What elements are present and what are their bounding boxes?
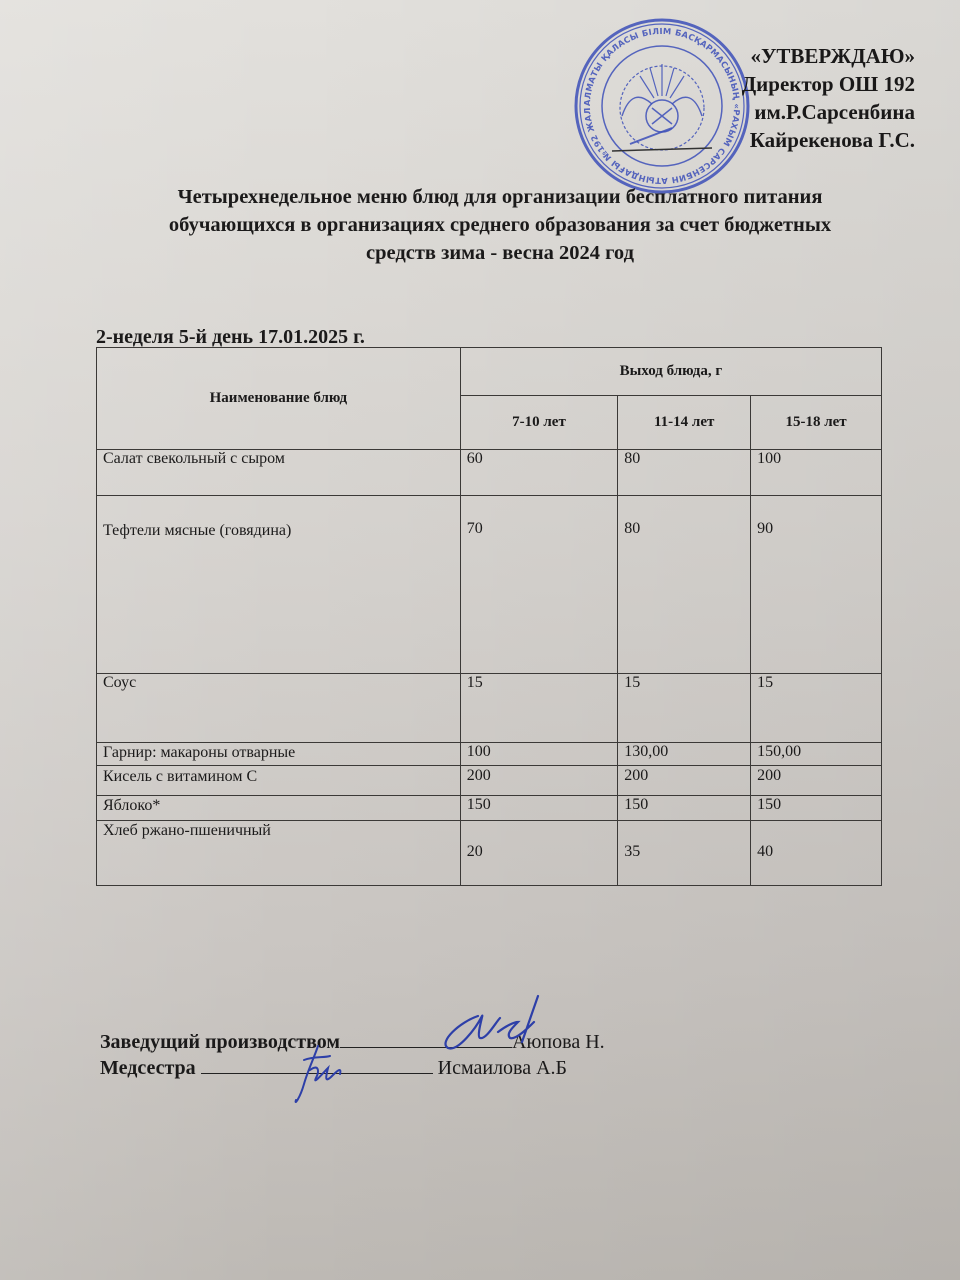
header-age-15-18: 15-18 лет	[751, 396, 882, 450]
table-row: Салат свекольный с сыром 60 80 100	[97, 450, 882, 496]
yield-7-10: 15	[460, 674, 617, 743]
yield-7-10: 70	[460, 496, 617, 674]
dish-name: Хлеб ржано-пшеничный	[97, 821, 461, 886]
yield-11-14: 15	[618, 674, 751, 743]
signature-line	[340, 1029, 512, 1048]
approval-director-name: Кайрекенова Г.С.	[742, 126, 915, 154]
yield-15-18: 15	[751, 674, 882, 743]
approval-school: им.Р.Сарсенбина	[742, 98, 915, 126]
yield-15-18: 90	[751, 496, 882, 674]
yield-15-18: 150,00	[751, 743, 882, 766]
yield-7-10: 60	[460, 450, 617, 496]
document-title: Четырехнедельное меню блюд для организац…	[90, 183, 910, 267]
table-row: Кисель с витамином С 200 200 200	[97, 766, 882, 796]
approval-position: Директор ОШ 192	[742, 70, 915, 98]
dish-name: Салат свекольный с сыром	[97, 450, 461, 496]
official-stamp-icon: АЛМАТЫ ҚАЛАСЫ БІЛІМ БАСҚАРМАСЫНЫҢ «РАХЫМ…	[572, 16, 752, 196]
production-manager-name: Аюпова Н.	[512, 1031, 605, 1053]
yield-7-10: 20	[460, 821, 617, 886]
approval-block: «УТВЕРЖДАЮ» Директор ОШ 192 им.Р.Сарсенб…	[742, 42, 915, 154]
yield-11-14: 80	[618, 496, 751, 674]
header-age-7-10: 7-10 лет	[460, 396, 617, 450]
title-line-1: Четырехнедельное меню блюд для организац…	[90, 183, 910, 211]
menu-day-label: 2-неделя 5-й день 17.01.2025 г.	[96, 326, 365, 349]
yield-15-18: 150	[751, 796, 882, 821]
menu-table: Наименование блюд Выход блюда, г 7-10 ле…	[96, 347, 882, 886]
nurse-label: Медсестра	[100, 1057, 196, 1079]
header-yield: Выход блюда, г	[460, 348, 881, 396]
yield-11-14: 150	[618, 796, 751, 821]
dish-name: Гарнир: макароны отварные	[97, 743, 461, 766]
table-row: Соус 15 15 15	[97, 674, 882, 743]
signature-line	[201, 1055, 433, 1074]
dish-name: Кисель с витамином С	[97, 766, 461, 796]
approval-heading: «УТВЕРЖДАЮ»	[742, 42, 915, 70]
yield-7-10: 150	[460, 796, 617, 821]
dish-name: Соус	[97, 674, 461, 743]
signature-nurse: Медсестра Исмаилова А.Б	[100, 1055, 567, 1080]
yield-11-14: 130,00	[618, 743, 751, 766]
yield-7-10: 100	[460, 743, 617, 766]
table-row: Тефтели мясные (говядина) 70 80 90	[97, 496, 882, 674]
yield-11-14: 200	[618, 766, 751, 796]
yield-15-18: 200	[751, 766, 882, 796]
yield-11-14: 80	[618, 450, 751, 496]
yield-11-14: 35	[618, 821, 751, 886]
table-row: Хлеб ржано-пшеничный 20 35 40	[97, 821, 882, 886]
production-manager-label: Заведущий производством	[100, 1031, 340, 1053]
table-row: Гарнир: макароны отварные 100 130,00 150…	[97, 743, 882, 766]
nurse-name: Исмаилова А.Б	[438, 1057, 567, 1079]
header-dish-name: Наименование блюд	[97, 348, 461, 450]
signature-production: Заведущий производствомАюпова Н.	[100, 1029, 605, 1054]
yield-15-18: 40	[751, 821, 882, 886]
title-line-2: обучающихся в организациях среднего обра…	[90, 211, 910, 239]
dish-name: Яблоко*	[97, 796, 461, 821]
dish-name: Тефтели мясные (говядина)	[97, 496, 461, 674]
header-age-11-14: 11-14 лет	[618, 396, 751, 450]
title-line-3: средств зима - весна 2024 год	[90, 239, 910, 267]
yield-15-18: 100	[751, 450, 882, 496]
yield-7-10: 200	[460, 766, 617, 796]
table-row: Яблоко* 150 150 150	[97, 796, 882, 821]
